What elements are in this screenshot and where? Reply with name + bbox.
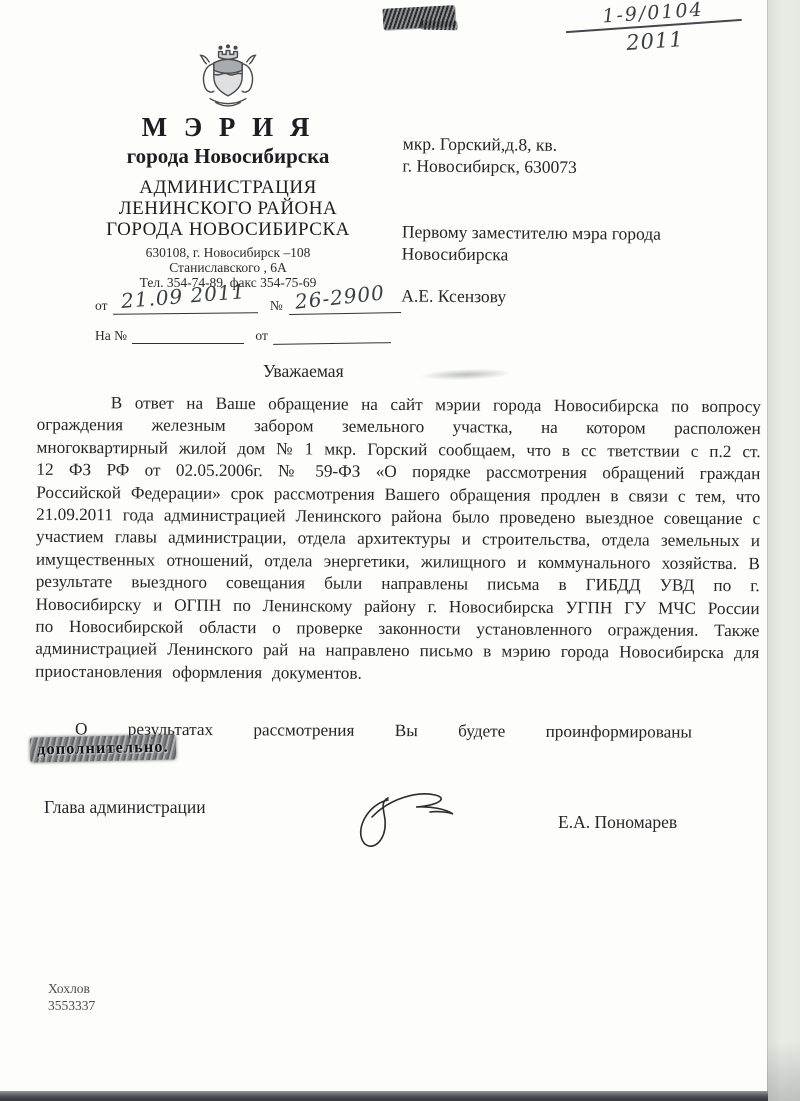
coat-of-arms-icon [197, 44, 259, 110]
signer-position: Глава администрации [44, 797, 206, 818]
date-label: от [95, 298, 107, 313]
scanned-letter: 1-9/0104 2011 М Э Р И Я города Новосибир… [0, 0, 800, 1101]
signer-name: Е.А. Пономарев [558, 812, 677, 833]
org-street-address: Станиславского , 6А [62, 260, 394, 275]
executor-block: Хохлов 3553337 [48, 980, 95, 1014]
page-bottom-edge-shadow [0, 1091, 768, 1101]
org-subtitle-line: АДМИНИСТРАЦИЯ [62, 177, 394, 198]
recipient-address-line1: мкр. Горский,д.8, кв. [403, 132, 753, 157]
recipient-position-line1: Первому заместителю мэра города [402, 220, 752, 245]
ref-date-blank-line [273, 329, 391, 345]
outgoing-date-number-row: от21.09 2011 №26-2900 [95, 298, 407, 314]
ref-number-blank-line [132, 330, 244, 344]
salutation: Уважаемая [263, 361, 344, 382]
signature-autograph [338, 786, 460, 854]
org-title-city: города Новосибирска [62, 144, 394, 169]
org-subtitle-line: ГОРОДА НОВОСИБИРСКА [62, 219, 394, 240]
redaction-scribble [382, 5, 455, 30]
executor-phone: 3553337 [48, 997, 95, 1014]
incoming-reference-row: На № от [95, 328, 407, 344]
scanner-edge-band [767, 0, 800, 1101]
scanner-corner-shadow [767, 1040, 800, 1101]
letterhead: М Э Р И Я города Новосибирска АДМИНИСТРА… [62, 44, 394, 290]
recipient-position-line2: Новосибирска [402, 242, 752, 267]
recipient-name: А.Е. Ксензову [401, 284, 751, 309]
letter-body-paragraph: В ответ на Ваше обращение на сайт мэрии … [35, 392, 761, 688]
recipient-address-line2: г. Новосибирск, 630073 [402, 154, 752, 179]
org-title-meria: М Э Р И Я [62, 112, 394, 143]
executor-name: Хохлов [48, 980, 95, 997]
stamped-word-dopolnitelno: дополнительно. [30, 734, 176, 762]
ref-date-label: от [255, 328, 267, 343]
number-label: № [270, 298, 283, 313]
number-blank-line: 26-2900 [289, 299, 401, 315]
ref-number-label: На № [95, 328, 127, 343]
org-subtitle-line: ЛЕНИНСКОГО РАЙОНА [62, 198, 394, 219]
recipient-block: мкр. Горский,д.8, кв. г. Новосибирск, 63… [401, 132, 753, 309]
org-postal-address: 630108, г. Новосибирск –108 [62, 245, 394, 260]
date-blank-line: 21.09 2011 [113, 299, 258, 315]
